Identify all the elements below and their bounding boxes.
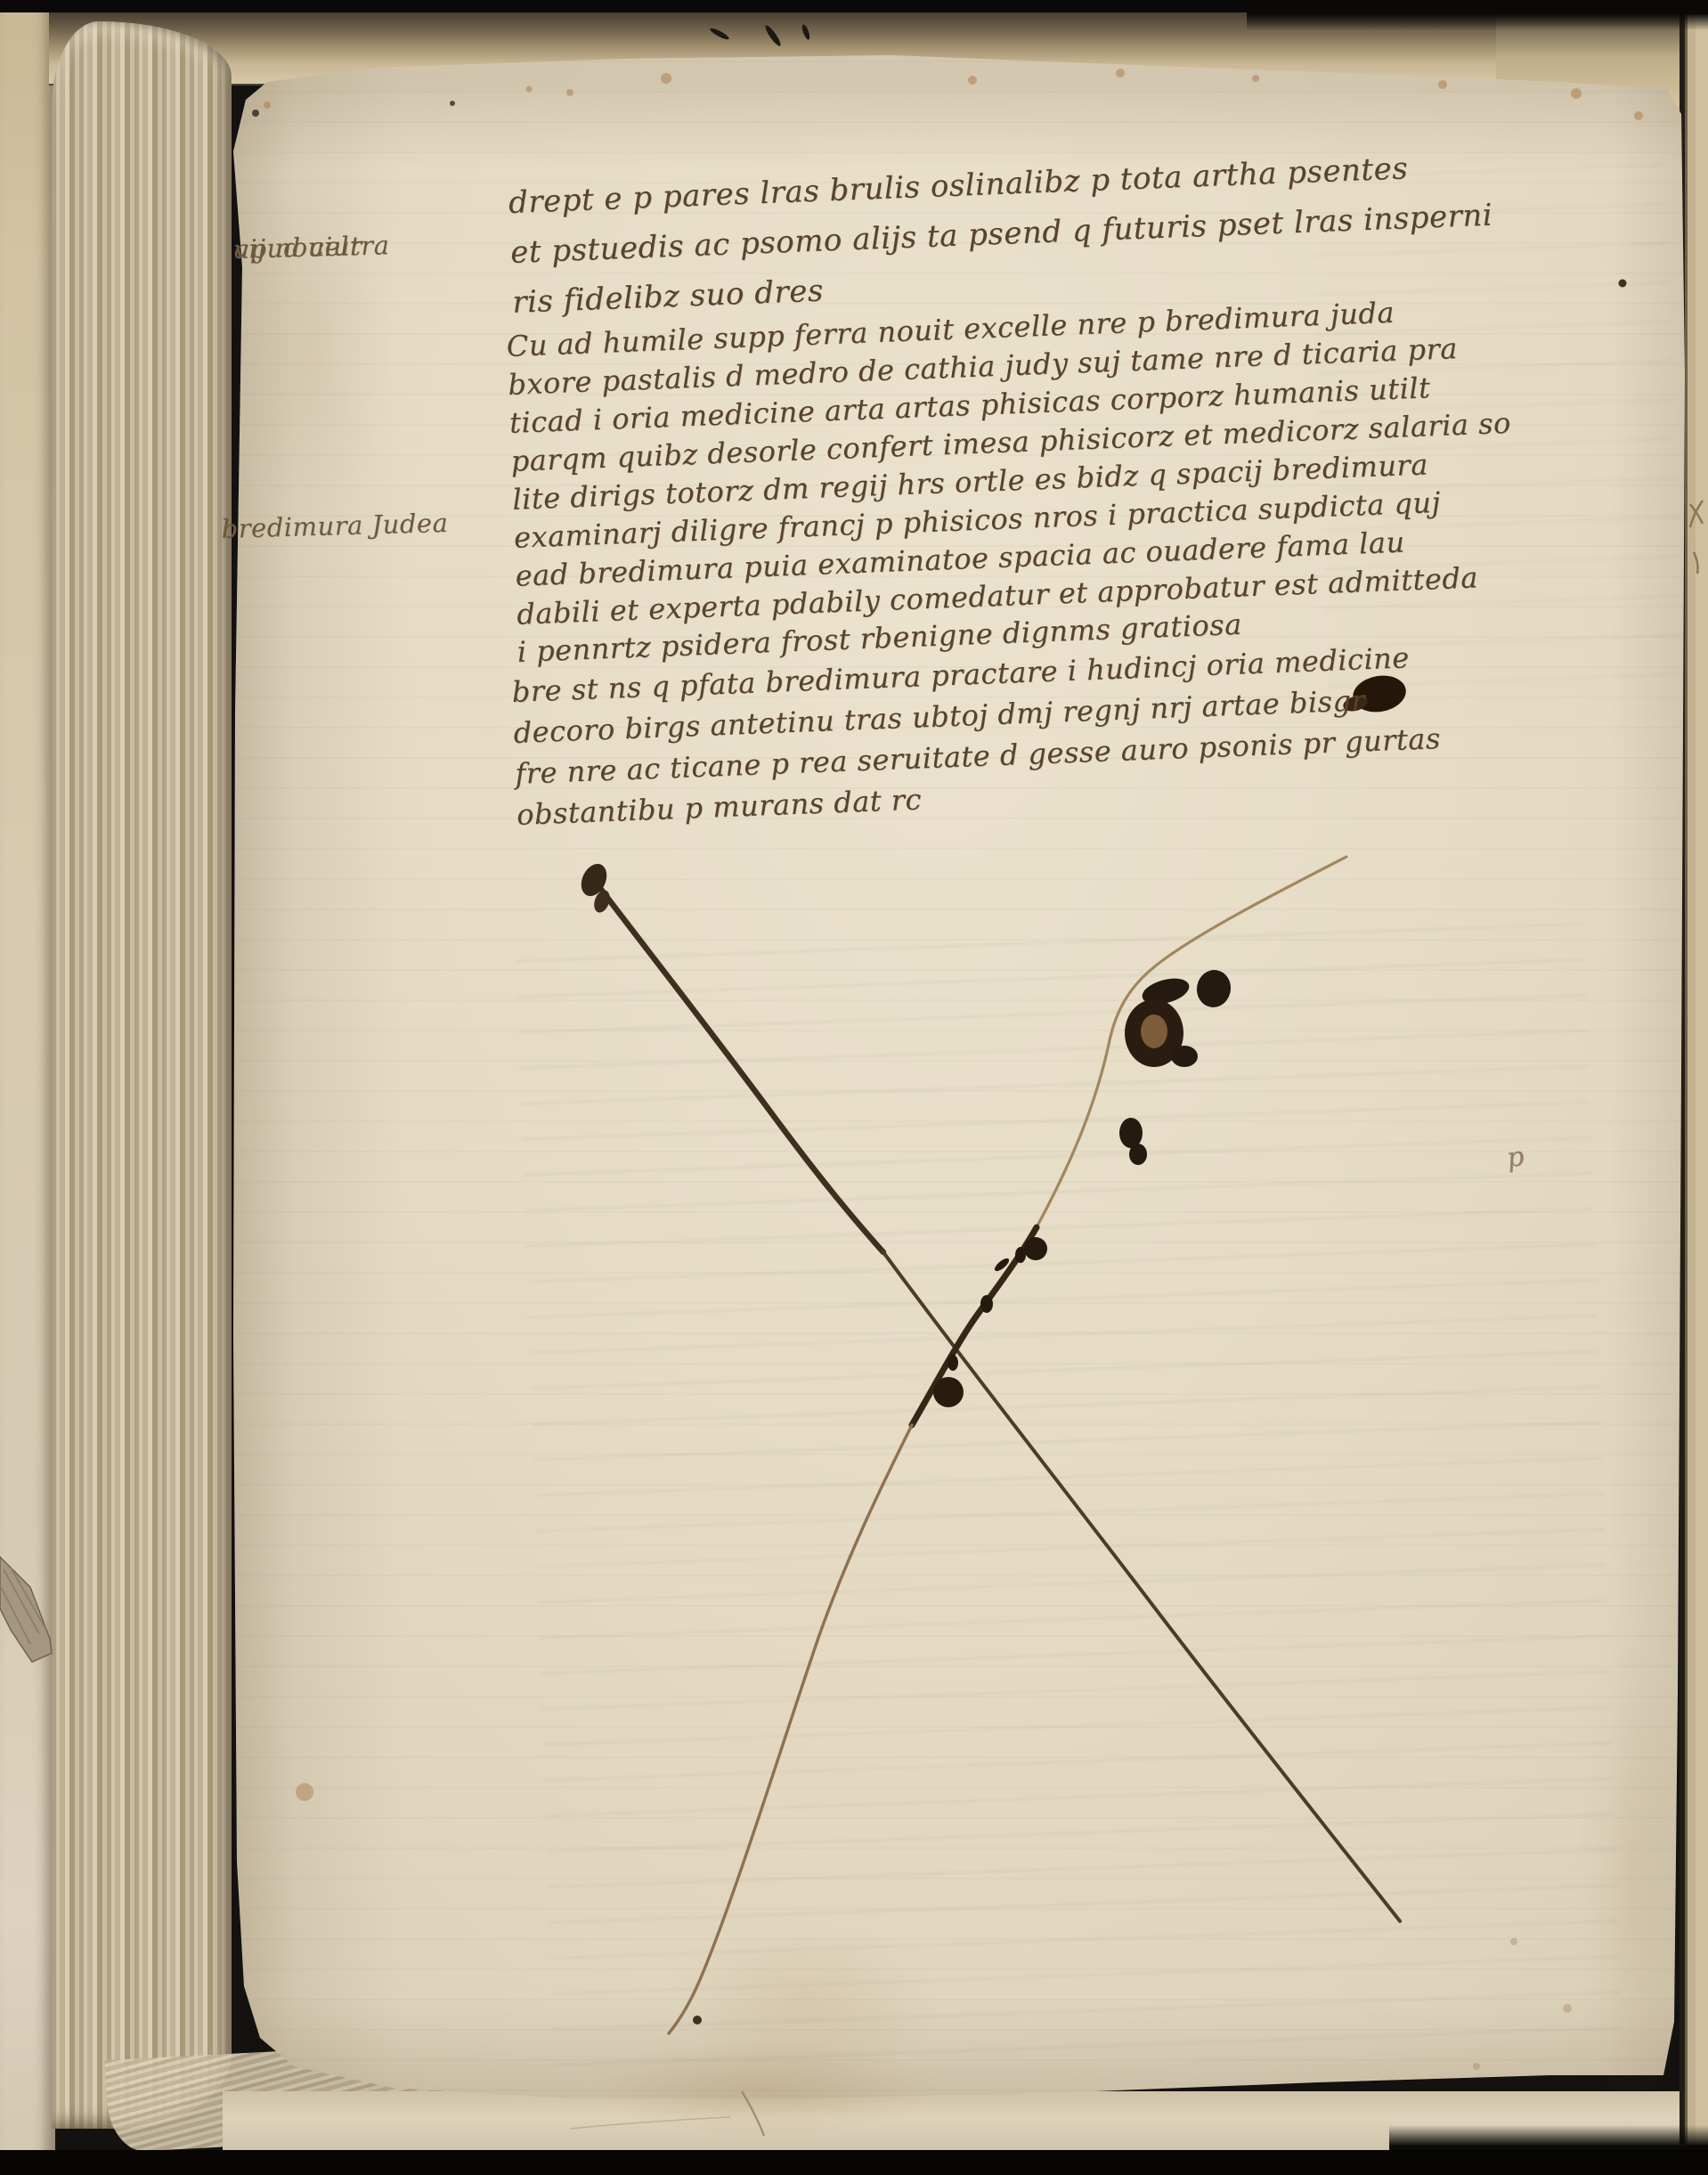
pen-start-blob xyxy=(576,859,613,915)
facing-page-pen-marks xyxy=(1690,501,1703,574)
binding-ribbon xyxy=(0,1557,52,1662)
manuscript-page-photo: vij nouelr apud ciutra bredimura Judea d… xyxy=(0,0,1708,2175)
photo-background-top-right xyxy=(1247,0,1708,30)
margin-note-line: bredimura Judea xyxy=(221,503,449,550)
petition-text-block: Cu ad humile supp ferra nouit excelle nr… xyxy=(506,289,1517,634)
top-edge-pen-marks xyxy=(709,24,811,48)
x-cancellation-mark xyxy=(597,857,1400,2033)
photo-background-bottom xyxy=(0,2150,1708,2175)
margin-note-line: apud ciutra xyxy=(233,225,390,270)
bottom-crease xyxy=(570,2091,764,2136)
